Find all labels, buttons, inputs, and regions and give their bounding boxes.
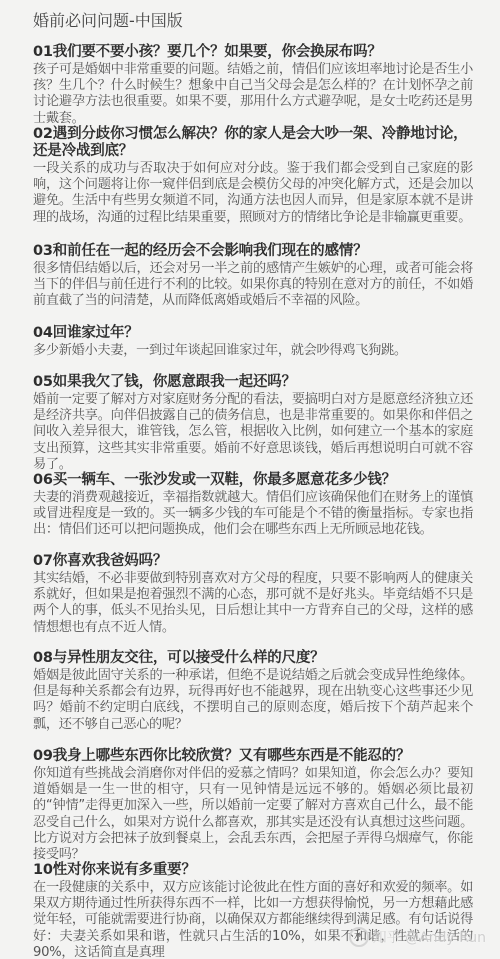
qa-section-03: 03和前任在一起的经历会不会影响我们现在的感情？ 很多情侣结婚以后，还会对另一半… — [33, 243, 473, 310]
answer-text: 很多情侣结婚以后，还会对另一半之前的感情产生嫉妒的心理，或者可能会将当下的伴侣与… — [33, 261, 473, 310]
qa-section-01: 01我们要不要小孩？要几个？如果要，你会换尿布吗？ 孩子可是婚姻中非常重要的问题… — [33, 44, 473, 127]
qa-section-04: 04回谁家过年？ 多少新婚小夫妻，一到过年谈起回谁家过年，就会吵得鸡飞狗跳。 — [33, 325, 473, 359]
answer-text: 一段关系的成功与否取决于如何应对分歧。鉴于我们都会受到自己家庭的影响，这个问题将… — [33, 161, 473, 226]
answer-text: 其实结婚，不必非要做到特别喜欢对方父母的程度，只要不影响两人的健康关系就好，但如… — [33, 571, 473, 636]
zhihu-logo-icon: ♪ — [349, 927, 369, 947]
answer-text: 你知道有些挑战会消磨你对伴侣的爱慕之情吗？如果知道，你会怎么办？要知道婚姻是一生… — [33, 766, 473, 863]
answer-text: 孩子可是婚姻中非常重要的问题。结婚之前，情侣们应该坦率地讨论是否生小孩？生几个？… — [33, 62, 473, 127]
qa-section-02: 02遇到分歧你习惯怎么解决？你的家人是会大吵一架、冷静地讨论，还是冷战到底？ 一… — [33, 126, 473, 226]
question-heading: 06买一辆车、一张沙发或一双鞋，你最多愿意花多少钱？ — [33, 472, 473, 489]
question-heading: 02遇到分歧你习惯怎么解决？你的家人是会大吵一架、冷静地讨论，还是冷战到底？ — [33, 126, 473, 160]
qa-section-09: 09我身上哪些东西你比较欣赏？又有哪些东西是不能忍的？ 你知道有些挑战会消磨你对… — [33, 748, 473, 863]
question-heading: 05如果我欠了钱，你愿意跟我一起还吗？ — [33, 374, 473, 391]
qa-section-08: 08与异性朋友交往，可以接受什么样的尺度？ 婚姻是彼此固守关系的一种承诺，但绝不… — [33, 650, 473, 733]
question-heading: 01我们要不要小孩？要几个？如果要，你会换尿布吗？ — [33, 44, 473, 61]
question-heading: 04回谁家过年？ — [33, 325, 473, 342]
watermark-text: 知乎 @Andy Run — [373, 927, 486, 947]
question-heading: 03和前任在一起的经历会不会影响我们现在的感情？ — [33, 243, 473, 260]
page-title: 婚前必问问题-中国版 — [33, 8, 183, 31]
question-heading: 08与异性朋友交往，可以接受什么样的尺度？ — [33, 650, 473, 667]
answer-text: 婚姻是彼此固守关系的一种承诺，但绝不是说结婚之后就会变成异性绝缘体。但是每种关系… — [33, 668, 473, 733]
watermark: ♪ 知乎 @Andy Run — [349, 927, 486, 947]
answer-text: 在一段健康的关系中，双方应该能讨论彼此在性方面的喜好和欢爱的频率。如果双方期待通… — [33, 880, 473, 959]
answer-text: 婚前一定要了解对方对家庭财务分配的看法，要搞明白对方是愿意经济独立还是经济共享。… — [33, 392, 473, 473]
qa-section-06: 06买一辆车、一张沙发或一双鞋，你最多愿意花多少钱？ 夫妻的消费观越接近，幸福指… — [33, 472, 473, 539]
question-heading: 07你喜欢我爸妈吗？ — [33, 553, 473, 570]
qa-section-07: 07你喜欢我爸妈吗？ 其实结婚，不必非要做到特别喜欢对方父母的程度，只要不影响两… — [33, 553, 473, 636]
answer-text: 夫妻的消费观越接近，幸福指数就越大。情侣们应该确保他们在财务上的谨慎或冒进程度是… — [33, 490, 473, 539]
qa-section-05: 05如果我欠了钱，你愿意跟我一起还吗？ 婚前一定要了解对方对家庭财务分配的看法，… — [33, 374, 473, 473]
question-heading: 09我身上哪些东西你比较欣赏？又有哪些东西是不能忍的？ — [33, 748, 473, 765]
question-heading: 10性对你来说有多重要？ — [33, 862, 473, 879]
answer-text: 多少新婚小夫妻，一到过年谈起回谁家过年，就会吵得鸡飞狗跳。 — [33, 343, 473, 359]
